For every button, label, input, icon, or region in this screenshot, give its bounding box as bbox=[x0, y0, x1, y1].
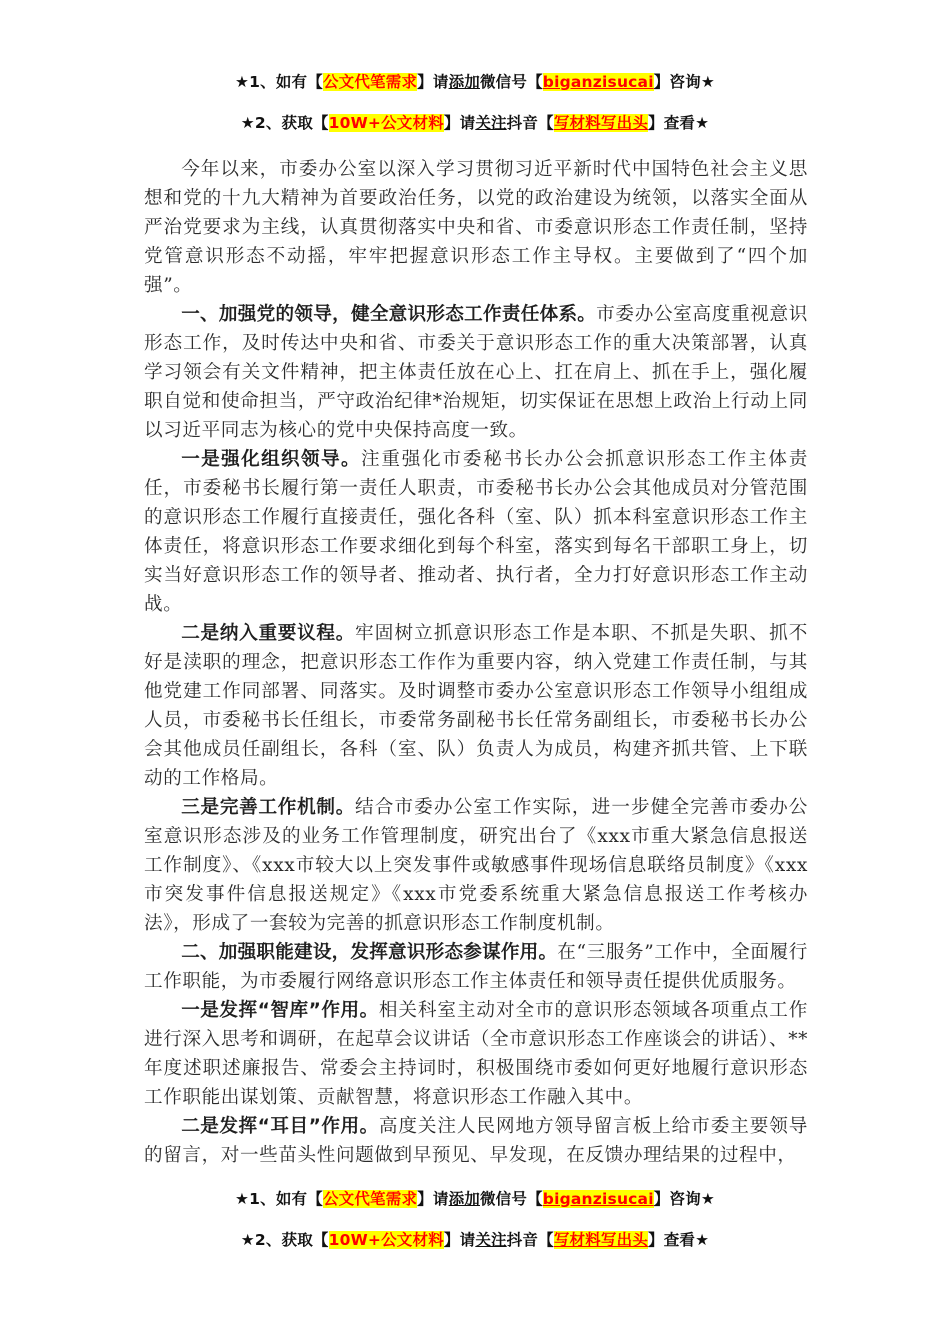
banner-text: 微信号【 bbox=[480, 73, 543, 91]
paragraph-text: 今年以来，市委办公室以深入学习贯彻习近平新时代中国特色社会主义思想和党的十九大精… bbox=[144, 159, 808, 296]
star-icon: ★ bbox=[695, 114, 709, 132]
paragraph-item: 一是发挥“智库”作用。相关科室主动对全市的意识形态领域各项重点工作进行深入思考和… bbox=[144, 996, 808, 1112]
promo-banner-bottom-1: ★1、如有【公文代笔需求】请添加微信号【biganzisucai】咨询★ bbox=[0, 1187, 950, 1209]
banner-text: 抖音【 bbox=[507, 1231, 554, 1249]
banner-text: 1、如有【 bbox=[249, 73, 323, 91]
star-icon: ★ bbox=[235, 1190, 249, 1208]
highlight-materials: 10W+公文材料 bbox=[329, 1231, 444, 1249]
paragraph-item: 三是完善工作机制。结合市委办公室工作实际，进一步健全完善市委办公室意识形态涉及的… bbox=[144, 793, 808, 938]
wechat-id-link[interactable]: biganzisucai bbox=[543, 1190, 654, 1208]
emphasis-text: 添加 bbox=[449, 73, 480, 91]
paragraph-section-1: 一、加强党的领导，健全意识形态工作责任体系。市委办公室高度重视意识形态工作，及时… bbox=[144, 300, 808, 445]
banner-text: 】咨询 bbox=[654, 1190, 701, 1208]
emphasis-text: 关注 bbox=[475, 114, 506, 132]
paragraph-intro: 今年以来，市委办公室以深入学习贯彻习近平新时代中国特色社会主义思想和党的十九大精… bbox=[144, 155, 808, 300]
star-icon: ★ bbox=[241, 1231, 255, 1249]
banner-text: 2、获取【 bbox=[255, 1231, 329, 1249]
paragraph-item: 一是强化组织领导。注重强化市委秘书长办公会抓意识形态工作主体责任，市委秘书长履行… bbox=[144, 445, 808, 619]
promo-banner-top-1: ★1、如有【公文代笔需求】请添加微信号【biganzisucai】咨询★ bbox=[0, 70, 950, 92]
paragraph-text: 牢固树立抓意识形态工作是本职、不抓是失职、抓不好是渎职的理念，把意识形态工作作为… bbox=[144, 623, 808, 789]
paragraph-heading: 二、加强职能建设，发挥意识形态参谋作用。 bbox=[181, 942, 557, 963]
paragraph-heading: 二是发挥“耳目”作用。 bbox=[181, 1116, 379, 1137]
emphasis-text: 关注 bbox=[475, 1231, 506, 1249]
banner-text: 】请 bbox=[444, 1231, 475, 1249]
douyin-account-link[interactable]: 写材料写出头 bbox=[554, 114, 648, 132]
douyin-account-link[interactable]: 写材料写出头 bbox=[554, 1231, 648, 1249]
paragraph-heading: 二是纳入重要议程。 bbox=[181, 623, 355, 644]
paragraph-heading: 一是强化组织领导。 bbox=[181, 449, 361, 470]
wechat-id-link[interactable]: biganzisucai bbox=[543, 73, 654, 91]
highlight-materials: 10W+公文材料 bbox=[329, 114, 444, 132]
banner-text: 】查看 bbox=[648, 114, 695, 132]
paragraph-item: 二是纳入重要议程。牢固树立抓意识形态工作是本职、不抓是失职、抓不好是渎职的理念，… bbox=[144, 619, 808, 793]
document-body: 今年以来，市委办公室以深入学习贯彻习近平新时代中国特色社会主义思想和党的十九大精… bbox=[144, 155, 808, 1170]
paragraph-item: 二是发挥“耳目”作用。高度关注人民网地方领导留言板上给市委主要领导的留言，对一些… bbox=[144, 1112, 808, 1170]
banner-text: 微信号【 bbox=[480, 1190, 543, 1208]
star-icon: ★ bbox=[235, 73, 249, 91]
promo-banner-bottom-2: ★2、获取【10W+公文材料】请关注抖音【写材料写出头】查看★ bbox=[0, 1228, 950, 1250]
banner-text: 】请 bbox=[444, 114, 475, 132]
paragraph-heading: 一、加强党的领导，健全意识形态工作责任体系。 bbox=[181, 304, 596, 325]
emphasis-text: 添加 bbox=[449, 1190, 480, 1208]
banner-text: 】查看 bbox=[648, 1231, 695, 1249]
banner-text: 抖音【 bbox=[507, 114, 554, 132]
paragraph-heading: 一是发挥“智库”作用。 bbox=[181, 1000, 379, 1021]
banner-text: 1、如有【 bbox=[249, 1190, 323, 1208]
highlight-service: 公文代笔需求 bbox=[323, 73, 417, 91]
banner-text: 】咨询 bbox=[654, 73, 701, 91]
star-icon: ★ bbox=[695, 1231, 709, 1249]
star-icon: ★ bbox=[241, 114, 255, 132]
promo-banner-top-2: ★2、获取【10W+公文材料】请关注抖音【写材料写出头】查看★ bbox=[0, 111, 950, 133]
star-icon: ★ bbox=[701, 73, 715, 91]
paragraph-section-2: 二、加强职能建设，发挥意识形态参谋作用。在“三服务”工作中，全面履行工作职能，为… bbox=[144, 938, 808, 996]
paragraph-text: 注重强化市委秘书长办公会抓意识形态工作主体责任，市委秘书长履行第一责任人职责，市… bbox=[144, 449, 808, 615]
banner-text: 2、获取【 bbox=[255, 114, 329, 132]
paragraph-heading: 三是完善工作机制。 bbox=[181, 797, 355, 818]
banner-text: 】请 bbox=[417, 73, 448, 91]
star-icon: ★ bbox=[701, 1190, 715, 1208]
highlight-service: 公文代笔需求 bbox=[323, 1190, 417, 1208]
banner-text: 】请 bbox=[417, 1190, 448, 1208]
